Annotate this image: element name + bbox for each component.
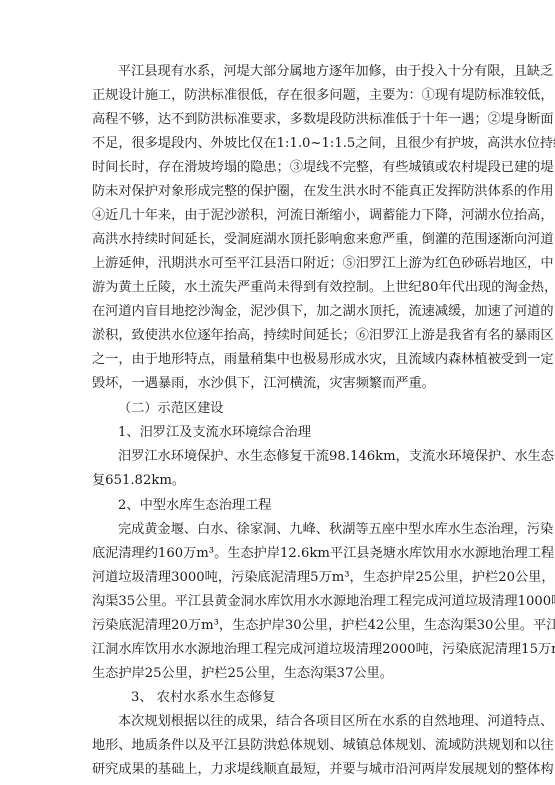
subsection-heading: 1、汨罗江及支流水环境综合治理 [118,421,486,445]
subsection-heading: 2、中型水库生态治理工程 [118,494,486,518]
page-number: 77 [0,741,555,751]
paragraph-line: 不足，很多堤段内、外坡比仅在1:1.0~1:1.5之间，且很少有护坡，高洪水位持… [92,132,486,156]
paragraph-line: 时间长时，存在滑坡垮塌的隐患；③堤线不完整，有些城镇或农村堤段已建的堤 [92,156,486,180]
paragraph-line: 本次规划根据以往的成果，结合各项目区所在水系的自然地理、河道特点、 [118,710,486,734]
paragraph-line: 河道垃圾清理3000吨，污染底泥清理5万m³，生态护岸25公里，护栏20公里，生… [92,566,486,590]
paragraph-line: 底泥清理约160万m³。生态护岸12.6km平江县尧塘水库饮用水水源地治理工程完… [92,542,486,566]
paragraph-line: 污染底泥清理20万m³，生态护岸30公里，护栏42公里，生态沟渠30公里。平江县… [92,614,486,638]
paragraph-line: 在河道内盲目地挖沙淘金，泥沙俱下，加之湖水顶托，流速减缓，加速了河道的 [92,300,486,324]
document-page: 平江县现有水系，河堤大部分属地方逐年加修，由于投入十分有限，且缺乏 正规设计施工… [0,0,555,785]
paragraph-line: ④近几十年来，由于泥沙淤积，河流日渐缩小，调蓄能力下降，河湖水位抬高， [92,204,486,228]
paragraph-line: 复651.82km。 [92,469,486,493]
paragraph-line: 毁坏，一遇暴雨，水沙俱下，江河横流，灾害频繁而严重。 [92,372,486,396]
paragraph-line: 研究成果的基础上，力求堤线顺直最短，并要与城市沿河两岸发展规划的整体构 [92,758,486,782]
paragraph-line: 高洪水持续时间延长，受洞庭湖水顶托影响愈来愈严重，倒灌的范围逐渐向河道 [92,228,486,252]
paragraph-line: 上游延伸，汛期洪水可至平江县浯口附近；⑤汨罗江上游为红色砂砾岩地区，中 [92,252,486,276]
paragraph-line: 正规设计施工，防洪标准很低，存在很多问题，主要为：①现有堤防标准较低， [92,84,486,108]
section-heading: （二）示范区建设 [118,397,486,421]
paragraph-line: 防未对保护对象形成完整的保护圈，在发生洪水时不能真正发挥防洪体系的作用； [92,180,486,204]
paragraph-line: 高程不够，达不到防洪标准要求，多数堤段防洪标准低于十年一遇；②堤身断面 [92,108,486,132]
paragraph-line: 之一，由于地形特点，雨量稍集中也极易形成水灾，且流域内森林植被受到一定 [92,348,486,372]
paragraph-line: 汨罗江水环境保护、水生态修复干流98.146km，支流水环境保护、水生态修 [118,445,486,469]
paragraph-line: 游为黄土丘陵，水土流失严重尚未得到有效控制。上世纪80年代出现的淘金热， [92,276,486,300]
subsection-heading: 3、 农村水系水生态修复 [131,686,486,710]
paragraph-line: 江洞水库饮用水水源地治理工程完成河道垃圾清理2000吨，污染底泥清理15万m³， [92,638,486,662]
paragraph-line: 平江县现有水系，河堤大部分属地方逐年加修，由于投入十分有限，且缺乏 [118,60,486,84]
paragraph-line: 完成黄金堰、白水、徐家洞、九峰、秋湖等五座中型水库水生态治理，污染 [118,518,486,542]
paragraph-line: 生态护岸25公里，护栏25公里，生态沟渠37公里。 [92,662,486,686]
paragraph-line: 淤积，致使洪水位逐年抬高，持续时间延长；⑥汨罗江上游是我省有名的暴雨区 [92,324,486,348]
paragraph-line: 沟渠35公里。平江县黄金洞水库饮用水水源地治理工程完成河道垃圾清理1000吨， [92,590,486,614]
